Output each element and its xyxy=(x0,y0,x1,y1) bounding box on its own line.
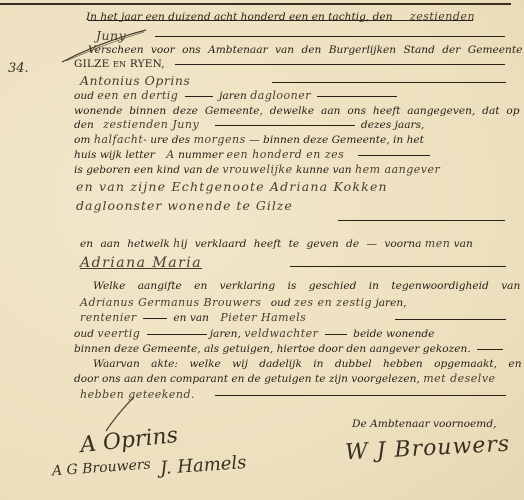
handwritten-witness2-age: veertig xyxy=(97,327,140,340)
line-10: huis wijk letter A nummer een honderd en… xyxy=(74,148,494,162)
fill-line xyxy=(272,82,506,83)
printed-text: kunne van xyxy=(296,164,352,176)
printed-text: ij verklaard heeft te geven de — voorna xyxy=(181,238,422,250)
line-1: In het jaar een duizend acht honderd een… xyxy=(86,10,506,24)
printed-text: - ure des xyxy=(143,134,190,146)
signature-declarant: A Oprins xyxy=(79,423,179,458)
line-6: oud een en dertig jaren daglooner xyxy=(74,89,494,103)
line-21: Waarvan akte: welke wij dadelijk in dubb… xyxy=(93,357,513,371)
printed-text: oud xyxy=(271,297,291,309)
printed-text: beide wonende xyxy=(353,328,434,340)
printed-text: jaren, xyxy=(375,297,406,309)
line-18: rentenier en van Pieter Hamels xyxy=(80,311,500,325)
fill-line xyxy=(338,220,505,221)
dash xyxy=(147,334,207,335)
fill-line xyxy=(290,266,506,267)
line-12: en van zijne Echtgenoote Adriana Kokken xyxy=(76,180,496,195)
dash xyxy=(143,318,167,319)
fill-line xyxy=(215,395,506,396)
municipality-name: GILZE EN RYEN, xyxy=(74,58,165,70)
handwritten-witness1: Adrianus Germanus Brouwers xyxy=(80,296,261,309)
handwritten-occupation: daglooner xyxy=(250,89,311,102)
line-8: den zestienden Juny dezes jaars, xyxy=(74,118,494,132)
printed-text: en aan hetwelk xyxy=(80,238,170,250)
printed-text: Verscheen voor ons Ambtenaar van den Bur… xyxy=(88,44,522,56)
handwritten-letter: A xyxy=(166,148,174,161)
printed-text: binnen deze Gemeente, als getuigen, hier… xyxy=(74,343,471,355)
handwritten-text: h xyxy=(173,237,181,250)
handwritten-mother-occupation: dagloonster wonende te Gilze xyxy=(76,198,293,213)
printed-text: nummer xyxy=(178,149,223,161)
signature-witness1: A G Brouwers xyxy=(52,457,152,480)
line-17: Adrianus Germanus Brouwers oud zes en ze… xyxy=(80,296,500,310)
printed-text: — binnen deze Gemeente, in het xyxy=(249,134,424,146)
line-9: om halfacht- ure des morgens — binnen de… xyxy=(74,133,494,147)
handwritten-day: zestienden xyxy=(410,10,475,23)
printed-text: jaren xyxy=(219,90,247,102)
dash xyxy=(358,155,430,156)
fill-line xyxy=(155,36,505,37)
line-13: dagloonster wonende te Gilze xyxy=(76,199,496,214)
printed-text: huis wijk letter xyxy=(74,149,155,161)
printed-text: oud xyxy=(74,90,94,102)
record-number: 34. xyxy=(8,61,29,76)
line-3: Verscheen voor ons Ambtenaar van den Bur… xyxy=(88,43,508,57)
printed-text: dezes jaars, xyxy=(361,119,425,131)
dash xyxy=(185,96,213,97)
handwritten-witness2: Pieter Hamels xyxy=(220,311,306,324)
fill-line xyxy=(175,64,505,65)
printed-text: den xyxy=(74,119,94,131)
printed-text: is geboren een kind van de xyxy=(74,164,219,176)
handwritten-daypart: morgens xyxy=(194,133,246,146)
fill-line xyxy=(88,20,473,21)
line-16: Welke aangifte en verklaring is geschied… xyxy=(93,279,513,293)
line-11: is geboren een kind van de vrouwelijke k… xyxy=(74,163,494,177)
signature-witness2: J. Hamels xyxy=(159,452,247,479)
dash xyxy=(317,96,397,97)
printed-text: en van xyxy=(173,312,209,324)
official-label: De Ambtenaar voornoemd, xyxy=(352,418,497,430)
printed-text: wonende binnen deze Gemeente, dewelke aa… xyxy=(74,105,520,117)
handwritten-month: Juny xyxy=(96,28,126,43)
line-14: en aan hetwelk hij verklaard heeft te ge… xyxy=(80,237,500,251)
handwritten-text: met deselve xyxy=(423,372,495,385)
line-15: Adriana Maria xyxy=(80,256,500,271)
printed-text: In het jaar een duizend acht honderd een… xyxy=(86,11,393,23)
handwritten-witness1-age: zes en zestig xyxy=(294,296,372,309)
dash xyxy=(477,349,503,350)
handwritten-child-name: Adriana Maria xyxy=(80,255,202,271)
line-20: binnen deze Gemeente, als getuigen, hier… xyxy=(74,342,494,356)
printed-text: Waarvan akte: welke wij dadelijk in dubb… xyxy=(93,358,524,370)
signature-official: W J Brouwers xyxy=(344,432,510,466)
dash xyxy=(215,125,355,126)
top-rule xyxy=(0,3,511,5)
dash xyxy=(325,334,347,335)
handwritten-house-number: een honderd en zes xyxy=(227,148,345,161)
printed-text: jaren, xyxy=(210,328,241,340)
handwritten-text: men xyxy=(425,237,451,250)
line-22: door ons aan den comparant en de getuige… xyxy=(74,372,494,386)
printed-text: door ons aan den comparant en de getuige… xyxy=(74,373,420,385)
handwritten-witness2-occupation: veldwachter xyxy=(244,327,318,340)
printed-text: om xyxy=(74,134,90,146)
fill-line xyxy=(395,319,506,320)
handwritten-time: halfacht xyxy=(94,133,143,146)
handwritten-text: hem aangever xyxy=(355,163,440,176)
handwritten-age: een en dertig xyxy=(97,89,178,102)
printed-text: oud xyxy=(74,328,94,340)
printed-text: van xyxy=(454,238,473,250)
handwritten-witness1-occupation: rentenier xyxy=(80,311,137,324)
handwritten-declarant-name: Antonius Oprins xyxy=(80,73,190,88)
line-19: oud veertig jaren, veldwachter beide won… xyxy=(74,327,494,341)
printed-text: Welke aangifte en verklaring is geschied… xyxy=(93,280,520,292)
line-7: wonende binnen deze Gemeente, dewelke aa… xyxy=(74,104,494,118)
handwritten-mother: en van zijne Echtgenoote Adriana Kokken xyxy=(76,179,388,194)
handwritten-birth-date: zestienden Juny xyxy=(103,118,199,131)
handwritten-sex: vrouwelijke xyxy=(222,163,292,176)
